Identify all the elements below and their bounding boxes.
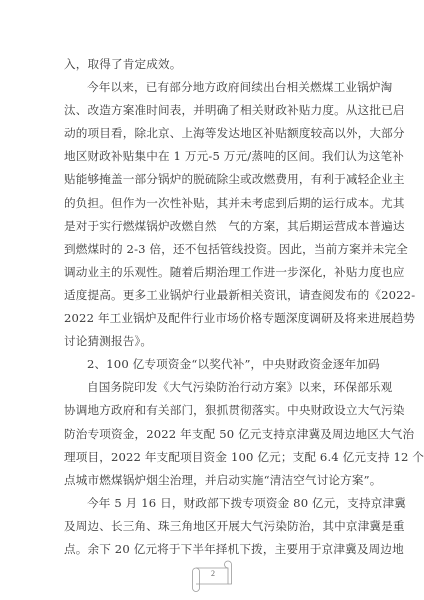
text-line: 讨论猜测报告》。 [64, 330, 362, 353]
text-line: 贴能够掩盖一部分锅炉的脱硫除尘或改燃费用，有利于减轻企业主 [64, 168, 362, 191]
text-line: 点城市燃煤锅炉烟尘治理，并启动实施“清洁空气讨论方案”。 [64, 469, 362, 492]
text-line: 理项目，2022 年支配项目资金 100 亿元；支配 6.4 亿元支持 12 个… [64, 446, 362, 469]
text-line: 到燃煤时的 2-3 倍，还不包括管线投资。因此，当前方案并未完全 [64, 238, 362, 261]
text-line: 的负担。但作为一次性补贴，其并未考虑到后期的运行成本。尤其 [64, 192, 362, 215]
text-line: 地区财政补贴集中在 1 万元-5 万元/蒸吨的区间。我们认为这笔补 [64, 145, 362, 168]
text-line: 2022 年工业锅炉及配件行业市场价格专题深度调研及将来进展趋势 [64, 307, 362, 330]
text-line: 是对于实行燃煤锅炉改燃自然 气的方案，其后期运营成本普遍达 [64, 215, 362, 238]
text-line: 适度提高。更多工业锅炉行业最新相关资讯，请查阅发布的《2022- [64, 284, 362, 307]
page-footer: 2 [188, 560, 238, 592]
text-line: 点。余下 20 亿元将于下半年择机下拨，主要用于京津冀及周边地 [64, 538, 362, 561]
section-heading: 2、100 亿专项资金“以奖代补”，中央财政资金逐年加码 [64, 353, 362, 376]
text-line: 自国务院印发《大气污染防治行动方案》以来，环保部乐观 [64, 376, 362, 399]
text-line: 今年以来，已有部分地方政府间续出台相关燃煤工业锅炉淘 [64, 76, 362, 99]
text-line: 动的项目看，除北京、上海等发达地区补贴额度较高以外，大部分 [64, 122, 362, 145]
text-line: 入，取得了肯定成效。 [64, 53, 362, 76]
page-number: 2 [188, 569, 238, 578]
body-text: 入，取得了肯定成效。 今年以来，已有部分地方政府间续出台相关燃煤工业锅炉淘 汰、… [64, 53, 362, 561]
text-line: 汰、改造方案准时间表，并明确了相关财政补贴力度。从这批已启 [64, 99, 362, 122]
document-page: 入，取得了肯定成效。 今年以来，已有部分地方政府间续出台相关燃煤工业锅炉淘 汰、… [0, 0, 424, 600]
text-line: 协调地方政府和有关部门，狠抓贯彻落实。中央财政设立大气污染 [64, 399, 362, 422]
text-line: 及周边、长三角、珠三角地区开展大气污染防治，其中京津冀是重 [64, 515, 362, 538]
text-line: 防治专项资金，2022 年支配 50 亿元支持京津冀及周边地区大气治 [64, 423, 362, 446]
text-line: 今年 5 月 16 日，财政部下拨专项资金 80 亿元，支持京津冀 [64, 492, 362, 515]
text-line: 调动业主的乐观性。随着后期治理工作进一步深化，补贴力度也应 [64, 261, 362, 284]
